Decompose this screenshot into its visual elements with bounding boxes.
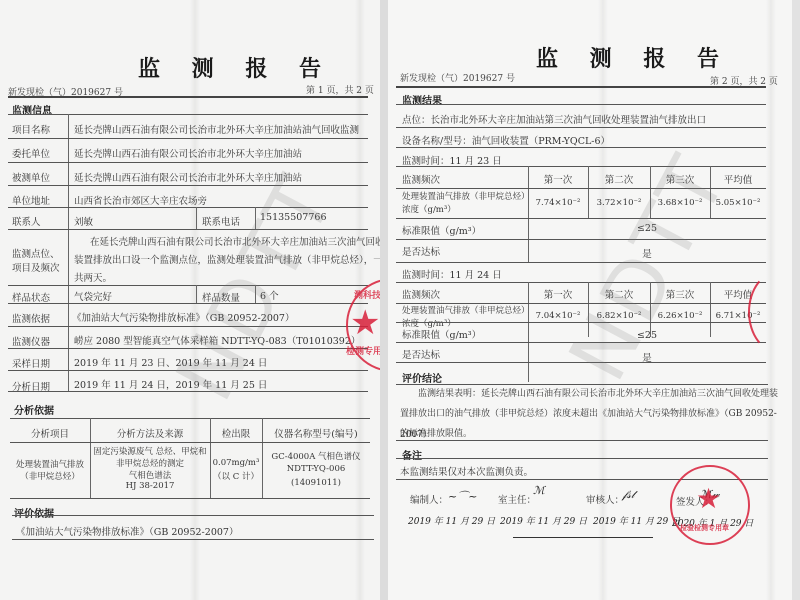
label-tested-unit: 被测单位 — [12, 170, 50, 184]
divider — [396, 127, 766, 128]
divider — [396, 239, 766, 240]
detection-limit-unit: （以 C 计） — [210, 470, 262, 482]
seal-text-bottom: 检测专用 — [346, 344, 380, 357]
divider — [8, 391, 368, 392]
header-analysis-method: 分析方法及来源 — [90, 426, 210, 440]
page-gap — [380, 0, 388, 600]
reviewer-date: 2019 年 11 月 29 日 — [593, 514, 680, 527]
label-frequency: 监测频次 — [402, 172, 440, 186]
reviewer-signature: 𝒻𝓈𝓉 — [622, 488, 635, 502]
divider — [8, 207, 368, 208]
label-compliance: 是否达标 — [402, 244, 440, 258]
value-instrument: 崂应 2080 型智能真空气体采样箱 NDTT-YQ-083（T01010392… — [74, 333, 360, 347]
compiler-date: 2019 年 11 月 29 日 — [408, 514, 495, 527]
label-concentration: 处理装置油气排放（非甲烷总烃） — [402, 304, 530, 316]
divider — [8, 96, 368, 98]
label-sampling-date: 采样日期 — [12, 356, 50, 370]
director-date: 2019 年 11 月 29 日 — [500, 514, 587, 527]
col-run-1: 第一次 — [528, 287, 588, 301]
label-concentration: 处理装置油气排放（非甲烷总烃） — [402, 190, 530, 202]
divider — [8, 285, 368, 286]
divider — [396, 322, 766, 323]
seal-star-icon: ★ — [350, 306, 380, 340]
divider — [8, 185, 368, 186]
label-compiler: 编制人： — [410, 492, 448, 506]
analysis-item-line: 处理装置油气排放 — [10, 458, 90, 470]
section-evaluation-basis: 评价依据 — [14, 505, 54, 520]
divider — [12, 539, 374, 540]
value-points-line-3: 共两天。 — [74, 270, 112, 284]
value-sampling-date: 2019 年 11 月 23 日、2019 年 11 月 24 日 — [74, 355, 267, 369]
column-divider — [255, 285, 256, 303]
value-sample-qty: 6 个 — [260, 288, 279, 302]
col-run-3: 第三次 — [650, 287, 710, 301]
col-run-2: 第二次 — [588, 172, 650, 186]
analysis-item-line: （非甲烷总烃） — [10, 470, 90, 482]
label-contact: 联系人 — [12, 214, 41, 228]
divider — [10, 442, 370, 443]
divider — [8, 229, 368, 230]
header-analysis-item: 分析项目 — [10, 426, 90, 440]
label-points-1: 监测点位、 — [12, 246, 60, 260]
label-concentration-unit: 浓度（g/m³） — [402, 203, 456, 215]
header-instrument: 仪器名称型号(编号) — [262, 426, 370, 440]
divider — [8, 114, 368, 115]
divider — [396, 342, 766, 343]
value-standard-limit: ≤25 — [528, 223, 766, 234]
value-contact: 刘敏 — [74, 214, 93, 228]
value-standard-limit: ≤25 — [528, 330, 766, 341]
monitoring-time-day2: 监测时间：11 月 24 日 — [402, 267, 502, 281]
label-project: 项目名称 — [12, 122, 50, 136]
divider — [396, 86, 766, 88]
divider — [8, 348, 368, 349]
divider — [396, 218, 766, 219]
value-client: 延长壳牌山西石油有限公司长治市北外环大辛庄加油站 — [74, 146, 302, 160]
section-analysis-basis: 分析依据 — [14, 402, 54, 417]
director-signature: ℳ — [533, 484, 545, 497]
divider — [10, 498, 370, 499]
value-run-1: 7.74×10⁻² — [528, 198, 588, 208]
compiler-signature: ~⌒~ — [448, 488, 477, 504]
conclusion-line-1: 监测结果表明：延长壳牌山西石油有限公司长治市北外环大辛庄加油站三次油气回收处理装 — [418, 384, 778, 405]
col-run-3: 第三次 — [650, 172, 710, 186]
value-project: 延长壳牌山西石油有限公司长治市北外环大辛庄加油站油气回收监测 — [74, 122, 359, 136]
doc-number: 新发现检（气）2019627 号 — [400, 71, 515, 84]
value-run-3: 6.26×10⁻² — [650, 311, 710, 321]
label-points-2: 项目及频次 — [12, 260, 60, 274]
divider — [396, 458, 768, 459]
label-standard-limit: 标准限值（g/m³） — [402, 327, 481, 341]
label-client: 委托单位 — [12, 146, 50, 160]
page-title: 监 测 报 告 — [138, 52, 333, 83]
divider — [8, 138, 368, 139]
instrument-line: GC-4000A 气相色谱仪 — [262, 450, 370, 462]
section-remarks: 备注 — [402, 447, 422, 462]
official-seal: 测科技 ★ 检测专用 — [346, 278, 380, 372]
value-tested-unit: 延长壳牌山西石油有限公司长治市北外环大辛庄加油站 — [74, 170, 302, 184]
monitoring-point: 点位：长治市北外环大辛庄加油站第三次油气回收处理装置油气排放出口 — [402, 112, 706, 126]
divider — [8, 303, 368, 304]
official-seal: ★ 检验检测专用章 — [670, 465, 750, 545]
divider — [8, 162, 368, 163]
conclusion-line-3: 的标准排放限值。 — [400, 424, 472, 445]
value-run-2: 3.72×10⁻² — [588, 198, 650, 208]
value-basis: 《加油站大气污染物排放标准》（GB 20952-2007） — [72, 310, 294, 324]
instrument-line: (14091011) — [262, 478, 370, 488]
value-run-3: 3.68×10⁻² — [650, 198, 710, 208]
detection-limit-value: 0.07mg/m³ — [210, 458, 262, 468]
value-points-line-1: 在延长壳牌山西石油有限公司长治市北外环大辛庄加油站三次油气回收处理 — [90, 234, 380, 248]
page-title: 监 测 报 告 — [536, 42, 731, 73]
label-basis: 监测依据 — [12, 311, 50, 325]
analysis-method-line: HJ 38-2017 — [90, 481, 210, 491]
column-divider — [196, 285, 197, 303]
value-phone: 15135507766 — [260, 212, 327, 223]
column-divider — [255, 207, 256, 229]
value-points-line-2: 装置排放出口设一个监测点位，监测处理装置油气排放（非甲烷总烃），一天三次， — [74, 252, 380, 266]
divider — [396, 147, 766, 148]
value-compliance: 是 — [528, 246, 766, 260]
instrument-line: NDTT-YQ-006 — [262, 464, 370, 474]
label-reviewer: 审核人： — [586, 492, 624, 506]
signature-underline — [513, 537, 653, 538]
analysis-method-line: 非甲烷总烃的测定 — [90, 457, 210, 469]
label-sample-state: 样品状态 — [12, 290, 50, 304]
value-analysis-date: 2019 年 11 月 24 日，2019 年 11 月 25 日 — [74, 377, 267, 391]
seal-star-icon: ★ — [696, 485, 721, 513]
label-phone: 联系电话 — [202, 214, 240, 228]
column-divider — [68, 114, 69, 391]
divider — [396, 362, 766, 363]
divider — [8, 326, 368, 327]
section-conclusion: 评价结论 — [402, 370, 442, 385]
col-average: 平均值 — [710, 172, 766, 186]
label-standard-limit: 标准限值（g/m³） — [402, 223, 481, 237]
divider — [396, 104, 766, 105]
value-evaluation-basis: 《加油站大气污染物排放标准》（GB 20952-2007） — [16, 524, 238, 538]
label-director: 室主任： — [498, 492, 536, 506]
value-run-2: 6.82×10⁻² — [588, 311, 650, 321]
analysis-method-line: 固定污染源废气 总烃、甲烷和 — [90, 445, 210, 457]
seal-text-top: 测科技 — [354, 288, 380, 301]
label-address: 单位地址 — [12, 193, 50, 207]
label-compliance: 是否达标 — [402, 347, 440, 361]
label-instrument: 监测仪器 — [12, 334, 50, 348]
label-frequency: 监测频次 — [402, 287, 440, 301]
divider — [8, 370, 368, 371]
divider — [10, 418, 370, 419]
report-page-1: 监 测 报 告 新发现检（气）2019627 号 第 1 页，共 2 页 监测信… — [0, 0, 380, 600]
device-name: 设备名称/型号：油气回收装置（PRM-YQCL-6） — [402, 133, 610, 147]
divider — [396, 440, 768, 441]
divider — [396, 188, 766, 189]
label-sample-qty: 样品数量 — [202, 290, 240, 304]
page-edge — [792, 0, 800, 600]
report-page-2: 监 测 报 告 新发现检（气）2019627 号 第 2 页，共 2 页 监测结… — [388, 0, 792, 600]
monitoring-time-day1: 监测时间：11 月 23 日 — [402, 153, 502, 167]
col-run-1: 第一次 — [528, 172, 588, 186]
value-sample-state: 气袋完好 — [74, 289, 112, 303]
value-run-1: 7.04×10⁻² — [528, 311, 588, 321]
value-average: 5.05×10⁻² — [710, 198, 766, 208]
header-detection-limit: 检出限 — [210, 426, 262, 440]
paper-fold — [190, 0, 200, 600]
col-run-2: 第二次 — [588, 287, 650, 301]
column-divider — [196, 207, 197, 229]
value-address: 山西省长治市郊区大辛庄农场旁 — [74, 193, 207, 207]
remarks-text: 本监测结果仅对本次监测负责。 — [400, 464, 533, 478]
divider — [396, 262, 766, 263]
analysis-method-line: 气相色谱法 — [90, 469, 210, 481]
seal-text: 检验检测专用章 — [680, 523, 729, 533]
page-number: 第 1 页，共 2 页 — [306, 83, 374, 96]
divider — [12, 515, 374, 516]
